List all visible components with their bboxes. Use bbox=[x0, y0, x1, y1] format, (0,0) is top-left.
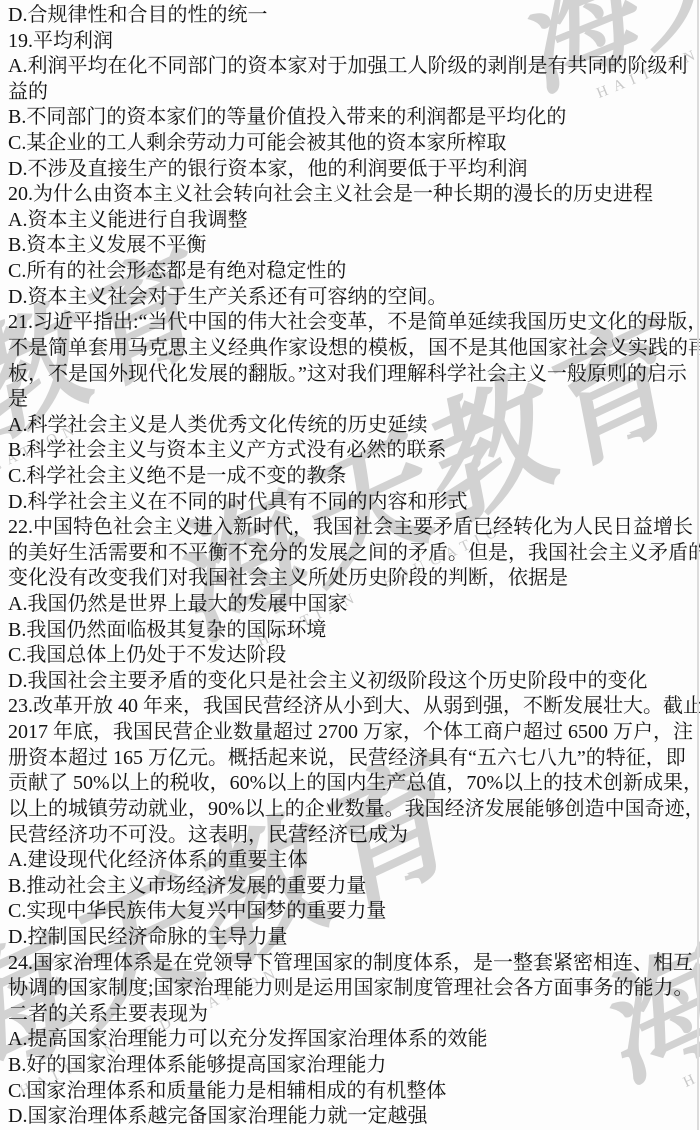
scan-edge bbox=[697, 0, 699, 1130]
text-line: B.好的国家治理体系能够提高国家治理能力 bbox=[0, 1053, 700, 1079]
text-line: 不是简单套用马克思主义经典作家设想的模板，国不是其他国家社会义实践的再 bbox=[0, 336, 700, 362]
text-line: B.不同部门的资本家们的等量价值投入带来的利润都是平均化的 bbox=[0, 105, 700, 131]
text-line: C.我国总体上仍处于不发达阶段 bbox=[0, 643, 700, 669]
text-line: A.资本主义能进行自我调整 bbox=[0, 208, 700, 234]
text-line: 19.平均利润 bbox=[0, 29, 700, 55]
text-line: 22.中国特色社会主义进入新时代，我国社会主要矛盾已经转化为人民日益增长 bbox=[0, 515, 700, 541]
text-line: 民营经济功不可没。这表明，民营经济已成为 bbox=[0, 823, 700, 849]
text-line: D.国家治理体系越完备国家治理能力就一定越强 bbox=[0, 1104, 700, 1130]
text-line: B.科学社会主义与资本主义产方式没有必然的联系 bbox=[0, 438, 700, 464]
text-line: C.国家治理体系和质量能力是相辅相成的有机整体 bbox=[0, 1079, 700, 1105]
exam-page: 海天教育HAITIAN EDUCATION海天教育HAITIAN EDUCATI… bbox=[0, 0, 700, 1130]
text-line: A.提高国家治理能力可以充分发挥国家治理体系的效能 bbox=[0, 1027, 700, 1053]
text-line: 2017 年底，我国民营企业数量超过 2700 万家，个体工商户超过 6500 … bbox=[0, 720, 700, 746]
text-line: 24.国家治理体系是在党领导下管理国家的制度体系，是一整套紧密相连、相互 bbox=[0, 951, 700, 977]
text-line: 以上的城镇劳动就业，90%以上的企业数量。我国经济发展能够创造中国奇迹， bbox=[0, 797, 700, 823]
text-line: 益的 bbox=[0, 80, 700, 106]
text-line: 协调的国家制度;国家治理能力则是运用国家制度管理社会各方面事务的能力。 bbox=[0, 976, 700, 1002]
text-line: D.不涉及直接生产的银行资本家，他的利润要低于平均利润 bbox=[0, 157, 700, 183]
text-line: A.利润平均在化不同部门的资本家对于加强工人阶级的剥削是有共同的阶级利 bbox=[0, 54, 700, 80]
text-line: 21.习近平指出:“当代中国的伟大社会变革，不是简单延续我国历史文化的母版， bbox=[0, 310, 700, 336]
text-line: B.资本主义发展不平衡 bbox=[0, 233, 700, 259]
text-line: 20.为什么由资本主义社会转向社会主义社会是一种长期的漫长的历史进程 bbox=[0, 182, 700, 208]
text-line: 板，不是国外现代化发展的翻版。”这对我们理解科学社会主义一般原则的启示 bbox=[0, 362, 700, 388]
text-line: B.推动社会主义市场经济发展的重要力量 bbox=[0, 874, 700, 900]
text-line: C.科学社会主义绝不是一成不变的教条 bbox=[0, 464, 700, 490]
text-line: D.合规律性和合目的性的统一 bbox=[0, 3, 700, 29]
text-line: 的美好生活需要和不平衡不充分的发展之间的矛盾。但是，我国社会主义矛盾的 bbox=[0, 541, 700, 567]
text-line: 23.改革开放 40 年来，我国民营经济从小到大、从弱到强，不断发展壮大。截止 bbox=[0, 694, 700, 720]
text-line: 册资本超过 165 万亿元。概括起来说，民营经济具有“五六七八九”的特征，即 bbox=[0, 746, 700, 772]
text-line: C.某企业的工人剩余劳动力可能会被其他的资本家所榨取 bbox=[0, 131, 700, 157]
text-line: B.我国仍然面临极其复杂的国际环境 bbox=[0, 618, 700, 644]
text-line: A.我国仍然是世界上最大的发展中国家 bbox=[0, 592, 700, 618]
text-line: 是 bbox=[0, 387, 700, 413]
text-line: D.科学社会主义在不同的时代具有不同的内容和形式 bbox=[0, 490, 700, 516]
document-body: D.合规律性和合目的性的统一19.平均利润A.利润平均在化不同部门的资本家对于加… bbox=[0, 0, 700, 1130]
text-line: D.控制国民经济命脉的主导力量 bbox=[0, 925, 700, 951]
text-line: C.所有的社会形态都是有绝对稳定性的 bbox=[0, 259, 700, 285]
text-line: D.资本主义社会对于生产关系还有可容纳的空间。 bbox=[0, 285, 700, 311]
text-line: D.我国社会主要矛盾的变化只是社会主义初级阶段这个历史阶段中的变化 bbox=[0, 669, 700, 695]
text-line: 二者的关系主要表现为 bbox=[0, 1002, 700, 1028]
text-line: 变化没有改变我们对我国社会主义所处历史阶段的判断，依据是 bbox=[0, 566, 700, 592]
text-line: C.实现中华民族伟大复兴中国梦的重要力量 bbox=[0, 899, 700, 925]
text-line: 贡献了 50%以上的税收，60%以上的国内生产总值，70%以上的技术创新成果，8… bbox=[0, 771, 700, 797]
text-line: A.建设现代化经济体系的重要主体 bbox=[0, 848, 700, 874]
text-line: A.科学社会主义是人类优秀文化传统的历史延续 bbox=[0, 413, 700, 439]
